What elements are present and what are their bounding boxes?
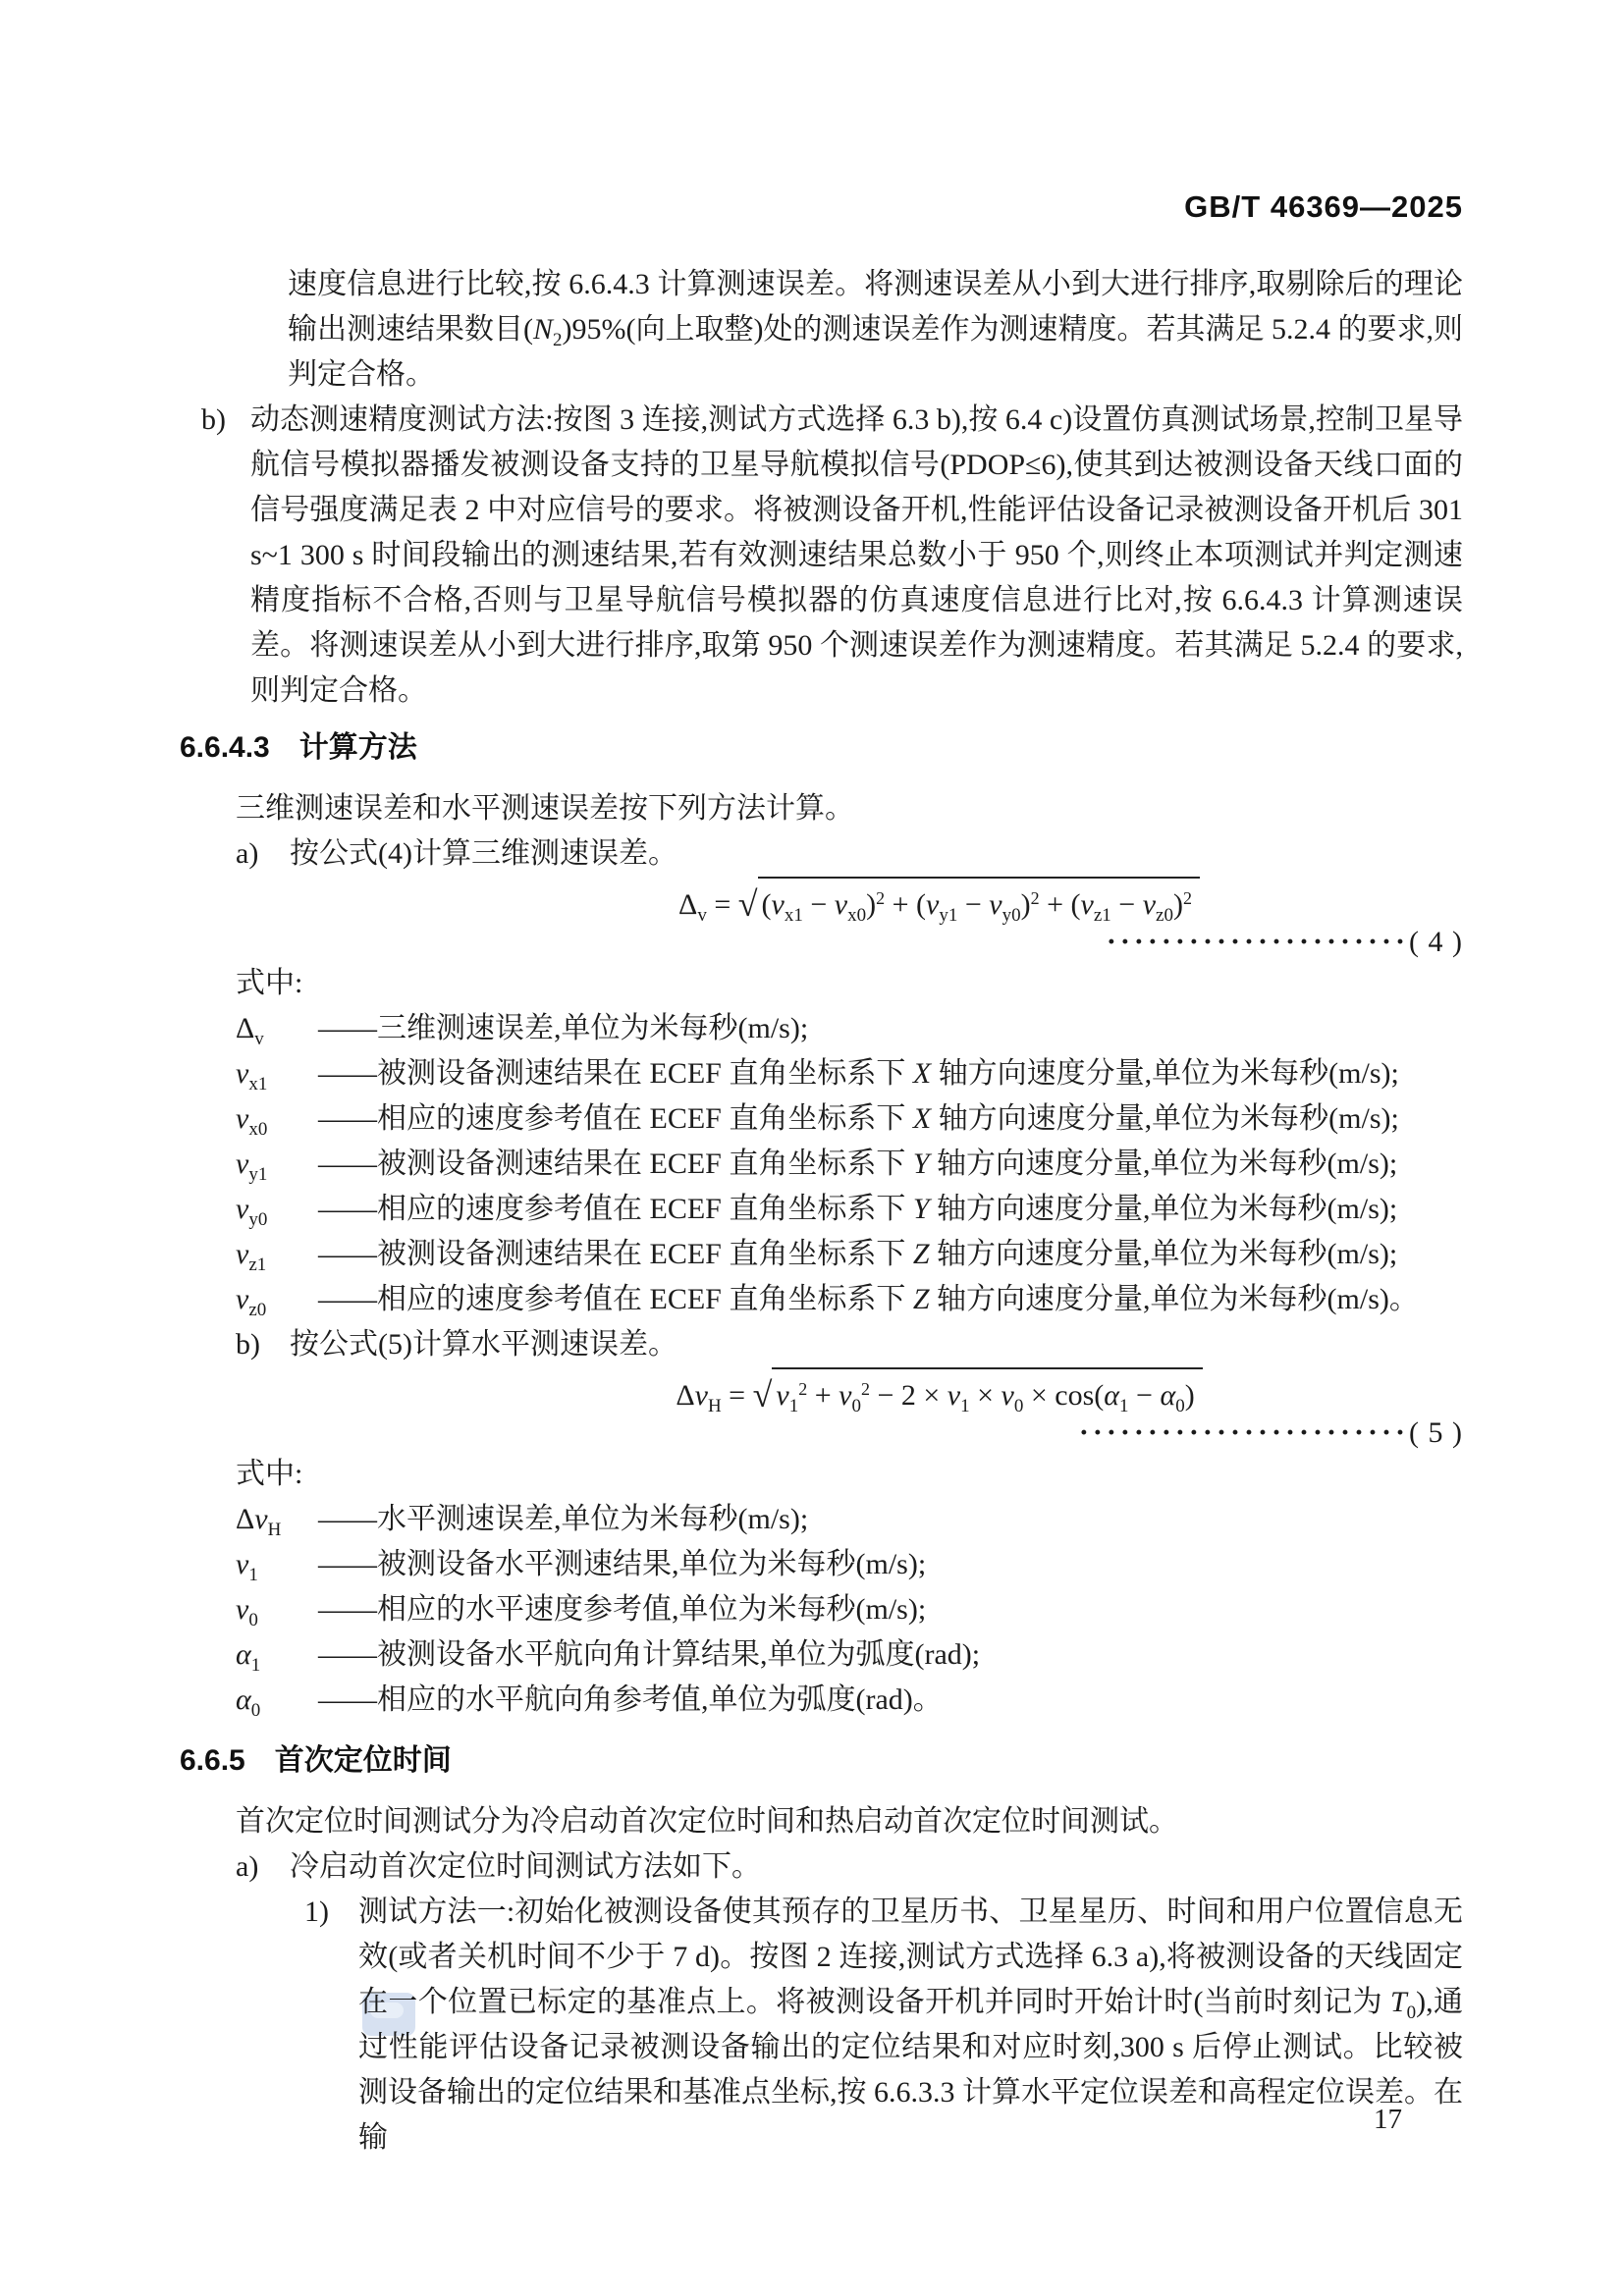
symbol: v1 [236, 1542, 318, 1587]
definition-row: vx1 ——被测设备测速结果在 ECEF 直角坐标系下 X 轴方向速度分量,单位… [180, 1051, 1463, 1096]
radical-sign: √ [753, 1375, 773, 1415]
symbol: v0 [236, 1587, 318, 1632]
formula-4-leader: ······················( 4 ) [180, 928, 1463, 961]
formula-5: ΔvH = √v12 + v02 − 2 × v1 × v0 × cos(α1 … [180, 1367, 1463, 1418]
symbol-description: ——被测设备测速结果在 ECEF 直角坐标系下 X 轴方向速度分量,单位为米每秒… [318, 1051, 1463, 1096]
symbol: vz1 [236, 1232, 318, 1277]
page-number: 17 [1374, 2104, 1402, 2135]
heading-number: 6.6.4.3 [180, 731, 270, 764]
list-label: 1) [304, 1890, 358, 1935]
definition-row: v1 ——被测设备水平测速结果,单位为米每秒(m/s); [180, 1542, 1463, 1587]
list-label: b) [236, 1322, 290, 1367]
list-label: a) [236, 1844, 290, 1890]
lead-paragraph: 速度信息进行比较,按 6.6.4.3 计算测速误差。将测速误差从小到大进行排序,… [288, 262, 1463, 398]
list-item-a-cold-start: a) 冷启动首次定位时间测试方法如下。 [236, 1844, 1463, 1890]
definition-row: vz0 ——相应的速度参考值在 ECEF 直角坐标系下 Z 轴方向速度分量,单位… [180, 1277, 1463, 1322]
formula-number: ( 5 ) [1409, 1416, 1463, 1449]
definition-row: vx0 ——相应的速度参考值在 ECEF 直角坐标系下 X 轴方向速度分量,单位… [180, 1096, 1463, 1142]
formula-5-leader: ························( 5 ) [180, 1418, 1463, 1452]
symbol: α1 [236, 1632, 318, 1678]
symbol-description: ——相应的水平航向角参考值,单位为弧度(rad)。 [318, 1678, 1463, 1723]
symbol-description: ——相应的水平速度参考值,单位为米每秒(m/s); [318, 1587, 1463, 1632]
list-item-b-dynamic-speed: b) 动态测速精度测试方法:按图 3 连接,测试方式选择 6.3 b),按 6.… [180, 398, 1463, 714]
symbol: vy0 [236, 1187, 318, 1232]
definition-row: vy1 ——被测设备测速结果在 ECEF 直角坐标系下 Y 轴方向速度分量,单位… [180, 1142, 1463, 1187]
list-item-text: 按公式(5)计算水平测速误差。 [290, 1322, 1463, 1367]
list-item-text: 测试方法一:初始化被测设备使其预存的卫星历书、卫星星历、时间和用户位置信息无效(… [358, 1890, 1463, 2161]
heading-6-6-4-3: 6.6.4.3计算方法 [180, 725, 1463, 771]
definition-row: vz1 ——被测设备测速结果在 ECEF 直角坐标系下 Z 轴方向速度分量,单位… [180, 1232, 1463, 1277]
radicand: (vx1 − vx0)2 + (vy1 − vy0)2 + (vz1 − vz0… [758, 877, 1200, 931]
list-item-text: 按公式(4)计算三维测速误差。 [290, 831, 1463, 877]
list-label: a) [236, 831, 290, 877]
definition-row: Δv ——三维测速误差,单位为米每秒(m/s); [180, 1006, 1463, 1051]
definition-row: α1 ——被测设备水平航向角计算结果,单位为弧度(rad); [180, 1632, 1463, 1678]
dot-leader: ······················ [1107, 926, 1409, 958]
definition-row: v0 ——相应的水平速度参考值,单位为米每秒(m/s); [180, 1587, 1463, 1632]
symbol-description: ——被测设备测速结果在 ECEF 直角坐标系下 Y 轴方向速度分量,单位为米每秒… [318, 1142, 1463, 1187]
heading-title: 首次定位时间 [275, 1744, 452, 1777]
symbol-description: ——被测设备测速结果在 ECEF 直角坐标系下 Z 轴方向速度分量,单位为米每秒… [318, 1232, 1463, 1277]
formula-lhs: ΔvH = [676, 1379, 745, 1412]
formula-number: ( 4 ) [1409, 926, 1463, 958]
symbol-description: ——相应的速度参考值在 ECEF 直角坐标系下 Y 轴方向速度分量,单位为米每秒… [318, 1187, 1463, 1232]
heading-title: 计算方法 [299, 731, 417, 764]
list-item-b-formula5: b) 按公式(5)计算水平测速误差。 [236, 1322, 1463, 1367]
definition-row: ΔvH ——水平测速误差,单位为米每秒(m/s); [180, 1497, 1463, 1542]
symbol: vy1 [236, 1142, 318, 1187]
symbol-description: ——相应的速度参考值在 ECEF 直角坐标系下 Z 轴方向速度分量,单位为米每秒… [318, 1277, 1463, 1322]
standard-number-header: GB/T 46369—2025 [180, 189, 1463, 225]
where-label: 式中: [180, 961, 1463, 1006]
formula-lhs: Δv = [678, 888, 731, 921]
dot-leader: ························ [1079, 1416, 1409, 1449]
list-item-a-formula4: a) 按公式(4)计算三维测速误差。 [236, 831, 1463, 877]
symbol: Δv [236, 1006, 318, 1051]
symbol-description: ——三维测速误差,单位为米每秒(m/s); [318, 1006, 1463, 1051]
section-intro: 三维测速误差和水平测速误差按下列方法计算。 [236, 786, 1463, 831]
content-area: GB/T 46369—2025 速度信息进行比较,按 6.6.4.3 计算测速误… [180, 0, 1463, 2161]
list-item-text: 动态测速精度测试方法:按图 3 连接,测试方式选择 6.3 b),按 6.4 c… [250, 398, 1463, 714]
sub-item-1-test-method: 1) 测试方法一:初始化被测设备使其预存的卫星历书、卫星星历、时间和用户位置信息… [236, 1890, 1463, 2161]
section-intro: 首次定位时间测试分为冷启动首次定位时间和热启动首次定位时间测试。 [236, 1799, 1463, 1844]
symbol-description: ——被测设备水平航向角计算结果,单位为弧度(rad); [318, 1632, 1463, 1678]
list-item-text: 冷启动首次定位时间测试方法如下。 [290, 1844, 1463, 1890]
symbol: ΔvH [236, 1497, 318, 1542]
radicand: v12 + v02 − 2 × v1 × v0 × cos(α1 − α0) [772, 1367, 1202, 1421]
symbol: vx1 [236, 1051, 318, 1096]
symbol-description: ——水平测速误差,单位为米每秒(m/s); [318, 1497, 1463, 1542]
where-label: 式中: [180, 1452, 1463, 1497]
document-page: GB/T 46369—2025 速度信息进行比较,按 6.6.4.3 计算测速误… [0, 0, 1624, 2296]
symbol: vx0 [236, 1096, 318, 1142]
symbol: vz0 [236, 1277, 318, 1322]
square-root: √(vx1 − vx0)2 + (vy1 − vy0)2 + (vz1 − vz… [738, 877, 1200, 931]
symbol-description: ——被测设备水平测速结果,单位为米每秒(m/s); [318, 1542, 1463, 1587]
symbol: α0 [236, 1678, 318, 1723]
formula-4: Δv = √(vx1 − vx0)2 + (vy1 − vy0)2 + (vz1… [180, 877, 1463, 928]
symbol-description: ——相应的速度参考值在 ECEF 直角坐标系下 X 轴方向速度分量,单位为米每秒… [318, 1096, 1463, 1142]
definition-row: vy0 ——相应的速度参考值在 ECEF 直角坐标系下 Y 轴方向速度分量,单位… [180, 1187, 1463, 1232]
heading-6-6-5: 6.6.5首次定位时间 [180, 1738, 1463, 1784]
list-label: b) [201, 398, 250, 443]
definition-row: α0 ——相应的水平航向角参考值,单位为弧度(rad)。 [180, 1678, 1463, 1723]
square-root: √v12 + v02 − 2 × v1 × v0 × cos(α1 − α0) [753, 1367, 1203, 1421]
heading-number: 6.6.5 [180, 1744, 245, 1777]
radical-sign: √ [738, 884, 758, 924]
